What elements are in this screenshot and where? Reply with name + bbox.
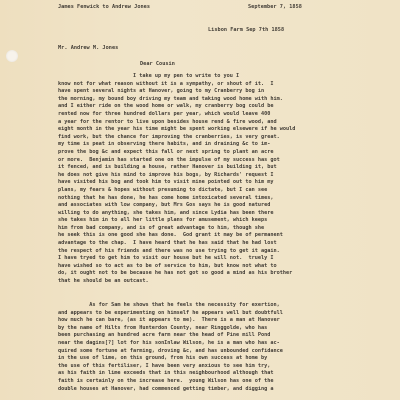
text-line: him from bad company, and is of great ad… <box>58 225 378 233</box>
text-line: faith is certainly on the increase here.… <box>58 378 378 386</box>
text-line: I take up my pen to write to you I <box>58 73 378 81</box>
paragraph-1: I take up my pen to write to you I know … <box>58 73 378 286</box>
text-line: and I either ride on the wood home or wa… <box>58 103 378 111</box>
text-line: the morning, my bound boy driving my tea… <box>58 96 378 104</box>
text-line: find work, but the chance for improving … <box>58 134 378 142</box>
salutation: Dear Cousin <box>140 61 175 67</box>
text-line: and appears to be experimenting on himse… <box>58 310 378 318</box>
text-line: willing to do anything, she takes him, a… <box>58 210 378 218</box>
header-date: September 7, 1858 <box>248 4 302 10</box>
text-line: know not for what reason without it is a… <box>58 81 378 89</box>
text-line: it fenced, and is building a house, rath… <box>58 164 378 172</box>
hole-punch-mark <box>6 50 18 62</box>
text-line: and associates with low company, but Mrs… <box>58 202 378 210</box>
letter-dateline: Lisbon Farm Sep 7th 1858 <box>208 27 284 33</box>
text-line: as his faith in lime exceeds that in thi… <box>58 370 378 378</box>
text-line: plans, my fears & hopes without presumin… <box>58 187 378 195</box>
text-line: double houses at Hanover, had commenced … <box>58 386 378 394</box>
text-line: As for Sam he shows that he feels the ne… <box>58 302 378 310</box>
text-line: my time is peat in observing there habit… <box>58 141 378 149</box>
text-line: eight month in the year his time might b… <box>58 126 378 134</box>
text-line: rented now for three hundred dollars per… <box>58 111 378 119</box>
text-line: I have tryed to get him to visit our hou… <box>58 255 378 263</box>
text-line: quired some fortune at farming, droving … <box>58 348 378 356</box>
text-line: how much he can bare, (as it appears to … <box>58 317 378 325</box>
text-line: near the dagins[?] lot for his sonInlaw … <box>58 340 378 348</box>
text-line: have visited his bog and took him to vis… <box>58 179 378 187</box>
text-line: or more. Benjamin has started one on the… <box>58 157 378 165</box>
text-line: the respect of his friends and there was… <box>58 248 378 256</box>
text-line: that he should be an outcast. <box>58 278 378 286</box>
text-line: have wished so to act as to be of servic… <box>58 263 378 271</box>
text-line: prove the bog &c and expect this fall or… <box>58 149 378 157</box>
header-correspondents: James Fenwick to Andrew Jones <box>58 4 150 10</box>
text-line: he seek this is one good she has done. G… <box>58 232 378 240</box>
text-line: he does not give his mind to improve his… <box>58 172 378 180</box>
paragraph-2: As for Sam he shows that he feels the ne… <box>58 302 378 393</box>
text-line: she takes him in to all her little plans… <box>58 217 378 225</box>
text-line: have spent several nights at Hanover, go… <box>58 88 378 96</box>
text-line: by the name of Hilts from Hunterdon Coun… <box>58 325 378 333</box>
text-line: the use of this fertiliser, I have been … <box>58 363 378 371</box>
scanned-letter-page: James Fenwick to Andrew Jones September … <box>0 0 400 400</box>
text-line: in the use of lime, on this ground, from… <box>58 355 378 363</box>
text-line: a year for the rentor to live upon besid… <box>58 119 378 127</box>
addressee: Mr. Andrew M. Jones <box>58 45 118 51</box>
text-line: nothing that he has done, he has come ho… <box>58 195 378 203</box>
text-line: advantage to the chap. I have heard that… <box>58 240 378 248</box>
text-line: do, it ought not to be because he has no… <box>58 270 378 278</box>
text-line: been purchasing an hundred acre farm nea… <box>58 332 378 340</box>
